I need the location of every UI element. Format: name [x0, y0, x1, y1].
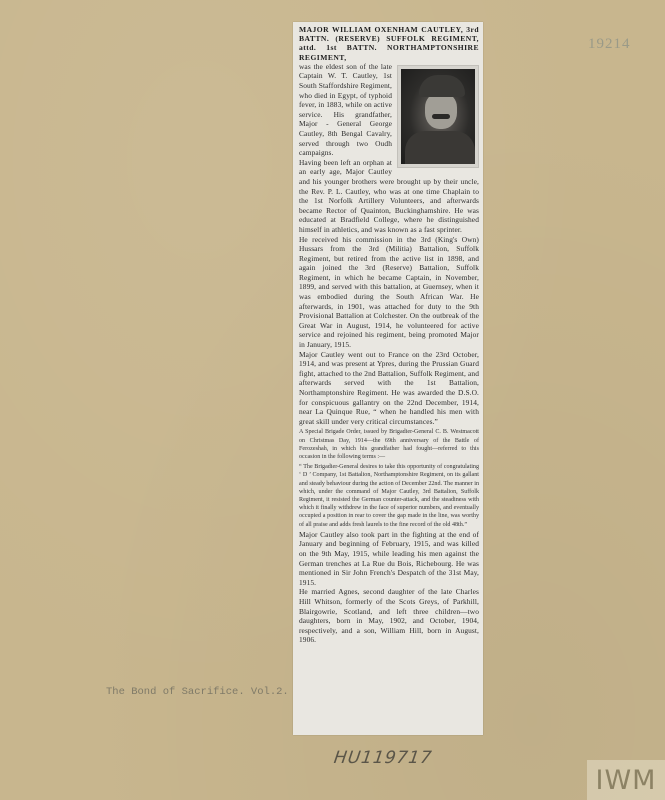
photo-moustache: [432, 114, 450, 119]
catalog-number: 19214: [588, 36, 631, 53]
photo-tunic: [405, 131, 475, 164]
source-label: The Bond of Sacrifice. Vol.2.: [106, 686, 289, 698]
paragraph-education: Having been left an orphan at an early a…: [299, 158, 479, 235]
paragraph-death: Major Cautley also took part in the figh…: [299, 530, 479, 588]
paragraph-war-service: Major Cautley went out to France on the …: [299, 350, 479, 427]
accession-number: HU119717: [333, 748, 434, 768]
news-clipping: MAJOR WILLIAM OXENHAM CAUTLEY, 3rd BATTN…: [293, 22, 483, 735]
portrait-image: [401, 69, 475, 164]
brigade-order-intro: A Special Brigade Order, issued by Briga…: [299, 428, 479, 461]
portrait-photo: [397, 65, 479, 168]
clipping-headline: MAJOR WILLIAM OXENHAM CAUTLEY, 3rd BATTN…: [299, 25, 479, 62]
paragraph-commission: He received his commission in the 3rd (K…: [299, 235, 479, 350]
iwm-watermark: IWM: [587, 760, 665, 800]
paragraph-family-survivors: He married Agnes, second daughter of the…: [299, 587, 479, 645]
photo-cap: [419, 75, 465, 97]
brigade-order-quote: “ The Brigadier-General desires to take …: [299, 463, 479, 529]
photo-face: [425, 93, 457, 129]
